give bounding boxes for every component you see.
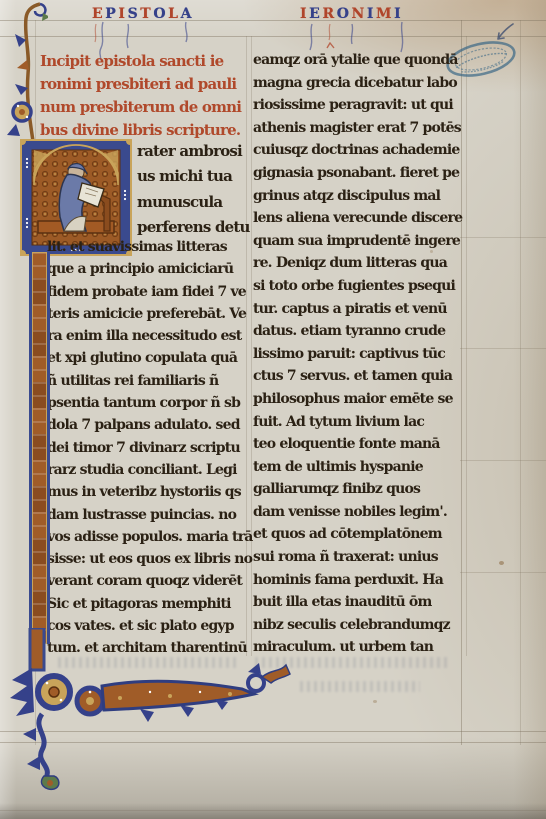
stain	[373, 700, 377, 703]
text-line: datus. etiam tyranno crude	[253, 323, 459, 346]
left-column-opening-lines: rater ambrosius michi tuamunusculaperfer…	[137, 142, 245, 243]
text-line: et quos ad cōtemplatōnem	[253, 526, 459, 549]
text-line: ñ utilitas rei familiaris ñ	[47, 373, 247, 395]
text-line: dei timor 7 divinarz scriptu	[47, 440, 247, 462]
text-line: tur. captus a piratis et venū	[253, 301, 459, 324]
ruling-line	[461, 20, 462, 745]
rubric: Incipit epistola sancti ieronimi presbit…	[40, 52, 247, 144]
ruling-line	[466, 36, 467, 656]
text-line: hominis fama perduxit. Ha	[253, 572, 459, 595]
text-line: us michi tua	[137, 167, 245, 192]
ghost-text	[300, 681, 420, 692]
text-line: galliarumqz finibz quos	[253, 481, 459, 504]
text-line: ctus 7 servus. et tamen quia	[253, 368, 459, 391]
text-line: si toto orbe fugientes psequi	[253, 278, 459, 301]
stain	[430, 250, 433, 253]
text-line: athenis magister erat 7 potēs	[253, 120, 459, 143]
text-line: lit. et suavissimas litteras	[47, 239, 247, 261]
text-line: buit illa etas inauditū ōm	[253, 594, 459, 617]
text-line: psentia tantum corpor ñ sb	[47, 395, 247, 417]
stain	[499, 561, 504, 565]
text-line: Incipit epistola sancti ie	[40, 52, 247, 75]
text-line: ronimi presbiteri ad pauli	[40, 75, 247, 98]
correction-mark	[326, 42, 336, 50]
text-line: Sic et pitagoras memphiti	[47, 596, 247, 618]
page-edge-shadow	[0, 803, 546, 819]
text-line: vos adisse populos. maria trā	[47, 529, 247, 551]
pen-mark-icon	[494, 20, 516, 44]
ruling-line	[460, 237, 546, 238]
text-line: quam sua imprudentē ingere	[253, 233, 459, 256]
ruling-line	[460, 460, 546, 461]
border-bar	[29, 252, 50, 644]
ghost-text	[255, 657, 450, 668]
manuscript-page: epistola ieronimi	[0, 0, 546, 819]
bottom-flourish	[0, 628, 310, 803]
text-line: tem de ultimis hyspanie	[253, 459, 459, 482]
text-line: rarz studia conciliant. Legi	[47, 462, 247, 484]
text-line: et xpi glutino copulata quā	[47, 350, 247, 372]
text-line: sisse: ut eos quos ex libris no	[47, 551, 247, 573]
text-line: magna grecia dicebatur labo	[253, 75, 459, 98]
ruling-line	[520, 20, 521, 745]
text-line: rater ambrosi	[137, 142, 245, 167]
text-line: fidem probate iam fidei 7 ve	[47, 284, 247, 306]
text-line: gignasia psonabant. fieret pe	[253, 165, 459, 188]
text-line: num presbiterum de omni	[40, 98, 247, 121]
text-line: dam venisse nobiles legim'.	[253, 504, 459, 527]
text-line: mus in veteribz hystoriis qs	[47, 484, 247, 506]
text-line: cuiusqz doctrinas achademie	[253, 142, 459, 165]
text-line: lens aliena verecunde discere	[253, 210, 459, 233]
text-line: lissimo paruit: captivus tūc	[253, 346, 459, 369]
text-line: eamqz orā ytalie que quondā	[253, 52, 459, 75]
text-line: sui roma ñ traxerat: unius	[253, 549, 459, 572]
ruling-line	[460, 572, 546, 573]
text-line: dam lustrasse puincias. no	[47, 507, 247, 529]
text-line: munuscula	[137, 193, 245, 218]
text-line: dola 7 palpans adulato. sed	[47, 417, 247, 439]
ghost-text	[58, 657, 238, 668]
text-line: fuit. Ad tytum livium lac	[253, 414, 459, 437]
text-line: teo eloquentie fonte manā	[253, 436, 459, 459]
left-column: lit. et suavissimas litterasque a princi…	[47, 239, 247, 663]
right-column: eamqz orā ytalie que quondāmagna grecia …	[253, 52, 459, 662]
text-line: verant coram quoqz viderēt	[47, 573, 247, 595]
text-line: teris amicicie preferebāt. Ve	[47, 306, 247, 328]
text-line: riosissime peragravit: ut qui	[253, 97, 459, 120]
text-line: grinus atqz discipulus mal	[253, 188, 459, 211]
text-line: ra enim illa necessitudo est	[47, 328, 247, 350]
text-line: re. Deniqz dum litteras qua	[253, 255, 459, 278]
ruling-line	[460, 348, 546, 349]
text-line: que a principio amiciciarū	[47, 261, 247, 283]
text-line: philosophus maior emēte se	[253, 391, 459, 414]
